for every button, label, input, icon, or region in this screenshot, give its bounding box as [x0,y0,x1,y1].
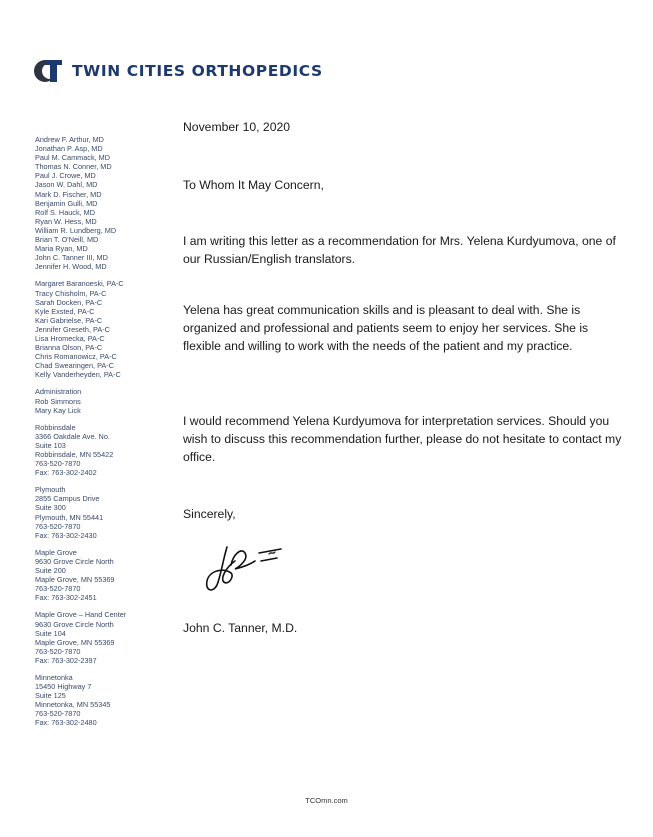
physician-name: Paul M. Cammack, MD [35,153,170,162]
location-name: Minnetonka [35,673,170,682]
administration-list: AdministrationRob SimmonsMary Kay Lick [35,387,170,414]
organization-name: TWIN CITIES ORTHOPEDICS [72,62,323,80]
physician-name: Jason W. Dahl, MD [35,180,170,189]
location-detail: Suite 200 [35,566,170,575]
location-block: Robbinsdale3366 Oakdale Ave. No.Suite 10… [35,423,170,478]
admin-line: Administration [35,387,170,396]
tco-logo-icon [34,60,62,82]
pa-name: Lisa Hromecka, PA-C [35,334,170,343]
admin-line: Rob Simmons [35,397,170,406]
location-detail: Fax: 763-302-2451 [35,593,170,602]
location-detail: Fax: 763-302-2430 [35,531,170,540]
physician-name: Jennifer H. Wood, MD [35,262,170,271]
location-detail: 763-520-7870 [35,584,170,593]
location-detail: 763-520-7870 [35,459,170,468]
paragraph-3: I would recommend Yelena Kurdyumova for … [183,412,623,467]
location-detail: 2855 Campus Drive [35,494,170,503]
location-detail: Plymouth, MN 55441 [35,513,170,522]
signer-name: John C. Tanner, M.D. [183,619,623,637]
location-detail: 3366 Oakdale Ave. No. [35,432,170,441]
location-block: Maple Grove9630 Grove Circle NorthSuite … [35,548,170,603]
pa-name: Kelly Vanderheyden, PA-C [35,370,170,379]
physician-name: Brian T. O'Neill, MD [35,235,170,244]
location-detail: Fax: 763-302-2402 [35,468,170,477]
location-name: Maple Grove – Hand Center [35,610,170,619]
physician-name: Thomas N. Conner, MD [35,162,170,171]
location-detail: Maple Grove, MN 55369 [35,575,170,584]
physician-name: Ryan W. Hess, MD [35,217,170,226]
physician-name: Rolf S. Hauck, MD [35,208,170,217]
pa-name: Tracy Chisholm, PA-C [35,289,170,298]
pa-name: Jennifer Greseth, PA-C [35,325,170,334]
location-detail: Suite 104 [35,629,170,638]
pa-name: Chad Swearingen, PA-C [35,361,170,370]
footer-website: TCOmn.com [0,796,653,805]
pa-name: Margaret Baranoeski, PA-C [35,279,170,288]
closing: Sincerely, [183,505,623,523]
handwritten-signature-icon [205,535,285,600]
location-name: Robbinsdale [35,423,170,432]
location-detail: Suite 103 [35,441,170,450]
location-detail: 9630 Grove Circle North [35,557,170,566]
location-detail: 763-520-7870 [35,709,170,718]
location-detail: Fax: 763-302-2480 [35,718,170,727]
physicians-list: Andrew F. Arthur, MDJonathan P. Asp, MDP… [35,135,170,271]
pa-name: Brianna Olson, PA-C [35,343,170,352]
location-block: Minnetonka15450 Highway 7Suite 125Minnet… [35,673,170,728]
pa-name: Sarah Docken, PA-C [35,298,170,307]
pa-name: Chris Romanowicz, PA-C [35,352,170,361]
physician-name: John C. Tanner III, MD [35,253,170,262]
letterhead: TWIN CITIES ORTHOPEDICS [34,60,323,82]
paragraph-1: I am writing this letter as a recommenda… [183,232,623,268]
location-detail: 15450 Highway 7 [35,682,170,691]
locations-list: Robbinsdale3366 Oakdale Ave. No.Suite 10… [35,423,170,728]
location-detail: 763-520-7870 [35,522,170,531]
location-detail: 763-520-7870 [35,647,170,656]
pa-name: Kari Gabrielse, PA-C [35,316,170,325]
physician-name: Benjamin Gulli, MD [35,199,170,208]
letter-date: November 10, 2020 [183,118,623,136]
location-detail: 9630 Grove Circle North [35,620,170,629]
location-detail: Suite 300 [35,503,170,512]
salutation: To Whom It May Concern, [183,176,623,194]
location-name: Maple Grove [35,548,170,557]
paragraph-2: Yelena has great communication skills an… [183,301,623,356]
location-detail: Maple Grove, MN 55369 [35,638,170,647]
location-detail: Fax: 763-302-2397 [35,656,170,665]
physician-name: William R. Lundberg, MD [35,226,170,235]
staff-sidebar: Andrew F. Arthur, MDJonathan P. Asp, MDP… [35,135,170,736]
location-detail: Minnetonka, MN 55345 [35,700,170,709]
physician-name: Andrew F. Arthur, MD [35,135,170,144]
pa-name: Kyle Exsted, PA-C [35,307,170,316]
location-detail: Robbinsdale, MN 55422 [35,450,170,459]
physician-name: Mark D. Fischer, MD [35,190,170,199]
location-detail: Suite 125 [35,691,170,700]
physician-assistants-list: Margaret Baranoeski, PA-CTracy Chisholm,… [35,279,170,379]
physician-name: Maria Ryan, MD [35,244,170,253]
location-block: Plymouth2855 Campus DriveSuite 300Plymou… [35,485,170,540]
location-name: Plymouth [35,485,170,494]
physician-name: Jonathan P. Asp, MD [35,144,170,153]
location-block: Maple Grove – Hand Center9630 Grove Circ… [35,610,170,665]
admin-line: Mary Kay Lick [35,406,170,415]
physician-name: Paul J. Crowe, MD [35,171,170,180]
